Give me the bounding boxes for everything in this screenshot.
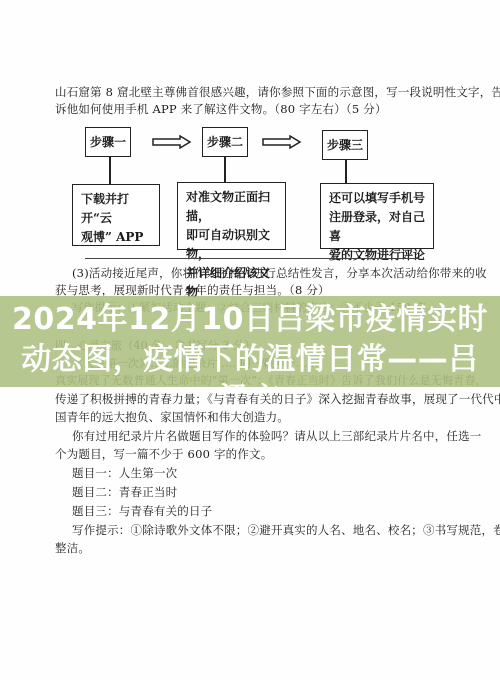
intro-line-1: 山石窟第 8 窟北壁主尊佛首很感兴趣，请你参照下面的示意图，写一段说明性文字，告	[55, 84, 500, 101]
divider	[85, 258, 418, 259]
intro-line-2: 诉他如何使用手机 APP 来了解这件文物。（80 字左右）（5 分）	[55, 101, 387, 118]
arrow-right-icon	[152, 135, 192, 149]
writing-hint-line-2: 整洁。	[55, 540, 90, 557]
connector-line	[345, 160, 347, 184]
step-3-description: 还可以填写手机号 注册登录，对自己喜 爱的文物进行评论	[320, 183, 434, 249]
document-page: 山石窟第 8 窟北壁主尊佛首很感兴趣，请你参照下面的示意图，写一段说明性文字，告…	[0, 0, 500, 680]
step-1-description: 下载并打开“云 观博” APP	[72, 184, 160, 246]
prompt-line-2: 个为题目，写一篇不少于 600 字的作文。	[55, 446, 272, 463]
topic-1: 题目一：人生第一次	[72, 465, 177, 482]
prompt-line-1: 你有过用纪录片片名做题目写作的体验吗？请从以上三部纪录片片名中，任选一	[72, 428, 482, 445]
topic-2: 题目二：青春正当时	[72, 484, 177, 501]
writing-hint-line-1: 写作提示：①除诗歌外文体不限；②避开真实的人名、地名、校名；③书写规范，卷面	[72, 522, 500, 539]
step-2-description: 对准文物正面扫描， 即可自动识别文物， 并详细介绍该文物	[177, 182, 286, 250]
doc-line-3: 国青年的远大抱负、家国情怀和伟大创造力。	[55, 409, 289, 426]
connector-line	[224, 157, 226, 183]
connector-line	[109, 157, 111, 185]
doc-line-2: 传递了积极拼搏的青春力量；《与青春有关的日子》深入挖掘青春故事，展现了一代代中	[55, 391, 500, 408]
step-3-box: 步骤三	[322, 130, 368, 160]
topic-3: 题目三：与青春有关的日子	[72, 503, 212, 520]
step-2-box: 步骤二	[202, 127, 248, 157]
arrow-right-icon	[262, 135, 302, 149]
q3-line-1: (3)活动接近尾声，你将作为主持人进行总结性发言，分享本次活动给你带来的收	[72, 265, 487, 282]
step-1-box: 步骤一	[85, 127, 131, 157]
